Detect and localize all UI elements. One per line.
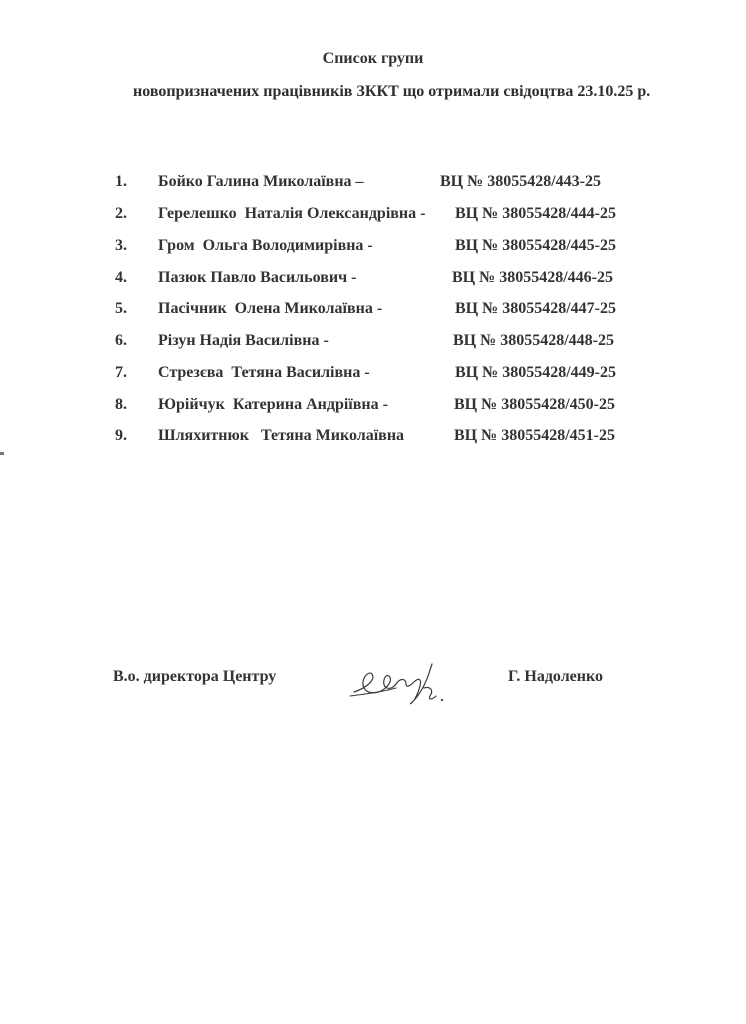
certificate-number: ВЦ № 38055428/444-25 [455, 205, 616, 223]
certificate-number: ВЦ № 38055428/447-25 [455, 300, 616, 318]
document-title: Список групи [0, 50, 746, 68]
item-number: 9. [115, 427, 127, 445]
recipient-name: Стрезєва Тетяна Василівна - [158, 364, 370, 382]
certificate-number: ВЦ № 38055428/443-25 [440, 173, 601, 191]
item-number: 7. [115, 364, 127, 382]
item-number: 1. [115, 173, 127, 191]
item-number: 5. [115, 300, 127, 318]
recipient-name: Юрійчук Катерина Андріївна - [158, 396, 388, 414]
certificate-number: ВЦ № 38055428/446-25 [452, 269, 613, 287]
certificate-number: ВЦ № 38055428/448-25 [453, 332, 614, 350]
signature-icon [346, 658, 456, 708]
certificate-number: ВЦ № 38055428/449-25 [455, 364, 616, 382]
scan-speck [0, 452, 4, 455]
recipient-name: Герелешко Наталія Олександрівна - [158, 205, 425, 223]
recipient-name: Пасічник Олена Миколаївна - [158, 300, 382, 318]
item-number: 6. [115, 332, 127, 350]
document-subtitle: новопризначених працівників ЗККТ що отри… [133, 83, 650, 101]
recipient-name: Пазюк Павло Васильович - [158, 269, 356, 287]
signer-name: Г. Надоленко [508, 668, 603, 686]
recipient-name: Гром Ольга Володимирівна - [158, 237, 373, 255]
recipient-name: Різун Надія Василівна - [158, 332, 329, 350]
item-number: 8. [115, 396, 127, 414]
certificate-number: ВЦ № 38055428/445-25 [455, 237, 616, 255]
certificate-number: ВЦ № 38055428/451-25 [454, 427, 615, 445]
item-number: 3. [115, 237, 127, 255]
certificate-number: ВЦ № 38055428/450-25 [454, 396, 615, 414]
recipient-name: Шляхитнюк Тетяна Миколаївна [158, 427, 404, 445]
recipient-name: Бойко Галина Миколаївна – [158, 173, 364, 191]
item-number: 2. [115, 205, 127, 223]
item-number: 4. [115, 269, 127, 287]
signatory-position: В.о. директора Центру [113, 668, 276, 686]
